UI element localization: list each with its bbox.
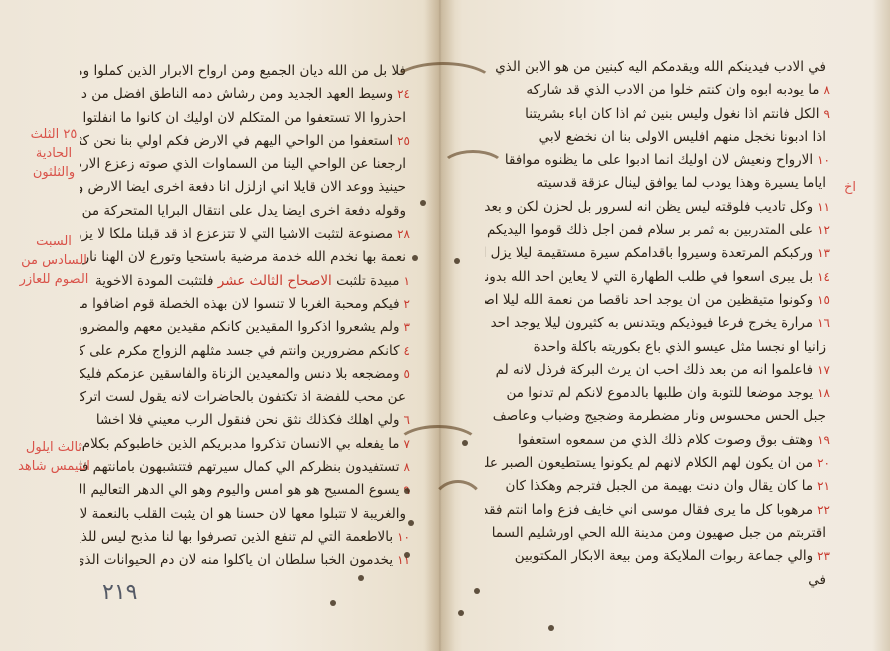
line-text: ما يودبه ابوه وان كنتم خلوا من الادب الذ… [526,82,819,98]
manuscript-line: اقتربتم من جبل صهيون ومن مدينة الله الحي… [485,522,830,545]
verse-number: ٥ [404,367,410,381]
manuscript-line: وقوله دفعة اخرى ايضا يدل على انتقال البر… [80,200,410,223]
verse-number: ١٦ [817,316,830,330]
verse-number: ٢١ [817,479,830,493]
line-text: جبل الحس محسوس ونار مضطرمة وضجيج وضباب و… [493,408,826,424]
line-text: يخدمون الخبا سلطان ان ياكلوا منه لان دم … [80,552,393,568]
left-page-text-block: فلا بل من الله ديان الجميع ومن ارواح الا… [80,60,410,573]
line-text: ومضجعه بلا دنس والمعيدين الزناة والفاسقي… [80,366,400,382]
manuscript-line: ١٧فاعلموا انه من بعد ذلك احب ان يرث البر… [485,359,830,382]
verse-number: ١١ [817,200,830,214]
right-page-text-block: في الادب فيدينكم الله ويقدمكم اليه كبنين… [485,56,830,592]
manuscript-line: حينيذ ووعد الان قايلا اني ازلزل انا دفعة… [80,176,410,199]
line-text: يوجد موضعا للتوبة وان طلبها بالدموع لانك… [506,385,813,401]
verse-number: ٢٥ [397,134,410,148]
line-text: في الادب فيدينكم الله ويقدمكم اليه كبنين… [495,59,826,75]
line-text: وكونوا متيقظين من ان يوجد احد ناقصا من ن… [485,292,813,308]
line-text: حينيذ ووعد الان قايلا اني ازلزل انا دفعة… [80,179,406,195]
verse-number: ١٠ [397,530,410,544]
wormhole [404,488,410,494]
manuscript-line: نعمة بها نخدم الله خدمة مرضية باستحيا وت… [80,246,410,269]
verse-number: ١٢ [817,223,830,237]
verse-number: ٩ [824,107,830,121]
manuscript-line: والغريبة لا تتبلوا معها لان حسنا هو ان ي… [80,503,410,526]
line-text: فاعلموا انه من بعد ذلك احب ان يرث البركة… [496,362,813,378]
manuscript-line: عن محب للفضة اذ تكتفون بالحاضرات لانه يق… [80,386,410,409]
manuscript-line: ٢٤وسيط العهد الجديد ومن رشاش دمه الناطق … [80,83,410,106]
verse-number: ٢ [404,297,410,311]
line-text: وهتف بوق وصوت كلام ذلك الذي من سمعوه است… [518,432,813,448]
verse-number: ٤ [404,344,410,358]
verse-number: ٣ [404,320,410,334]
manuscript-line: ٢٨مصنوعة لتثبت الاشيا التي لا تتزعزع اذ … [80,223,410,246]
line-text: بل يبرى اسعوا في طلب الطهارة التي لا يعا… [485,269,813,285]
verse-number: ١٩ [817,433,830,447]
line-text: احذروا الا تستعفوا من المتكلم لان اوليك … [82,110,406,126]
manuscript-line: ١٢على المتدربين به ثمر بر سلام فمن اجل ذ… [485,219,830,242]
line-text: اذا ادبونا نخجل منهم افليس الاولى بنا ان… [539,129,826,145]
manuscript-line: ٢فيكم ومحبة الغربا لا تنسوا لان بهذه الخ… [80,293,410,316]
damage-stain [440,150,506,186]
line-text: كانكم مضرورين وانتم في جسد مثلهم الزواج … [80,343,400,359]
manuscript-line: ٢٥استعفوا من الواحي اليهم في الارض فكم ا… [80,130,410,153]
margin-note-right: اخ [835,178,865,197]
verse-number: ٢٠ [817,456,830,470]
verse-number: ١٥ [817,293,830,307]
line-text: ما كان يقال وان دنت بهيمة من الجبل فترجم… [506,478,814,494]
manuscript-line: ١٥وكونوا متيقظين من ان يوجد احد ناقصا من… [485,289,830,312]
verse-number: ١٣ [817,246,830,260]
verse-number: ١٧ [817,363,830,377]
damage-stain [395,425,481,467]
manuscript-line: ٣ولم يشعروا اذكروا المقيدين كانكم مقيدين… [80,316,410,339]
manuscript-line: ٢١ما كان يقال وان دنت بهيمة من الجبل فتر… [485,475,830,498]
line-text: ارجعنا عن الواحي الينا من السماوات الذي … [80,156,406,172]
line-text: ما يفعله بي الانسان تذكروا مدبريكم الذين… [80,436,400,452]
wormhole [458,610,464,616]
verse-number: ٨ [824,83,830,97]
manuscript-line: ١٩وهتف بوق وصوت كلام ذلك الذي من سمعوه ا… [485,429,830,452]
wormhole [330,600,336,606]
manuscript-line: ٩يسوع المسيح هو هو امس واليوم وهو الي ال… [80,479,410,502]
manuscript-line: في الادب فيدينكم الله ويقدمكم اليه كبنين… [485,56,830,79]
manuscript-line: ١٦مرارة يخرج فرعا فيوذيكم ويتدنس به كثير… [485,312,830,335]
verse-number: ١٠ [817,153,830,167]
manuscript-line: ١٤بل يبرى اسعوا في طلب الطهارة التي لا ي… [485,266,830,289]
line-text: استعفوا من الواحي اليهم في الارض فكم اول… [80,133,393,149]
margin-note-upper-left: ٢٥ الثلث الحادية والثلثون [18,125,90,182]
manuscript-line: ٩الكل فانتم اذا نغول وليس بنين ثم اذا كا… [485,103,830,126]
line-text: وقوله دفعة اخرى ايضا يدل على انتقال البر… [80,203,406,219]
verse-number: ٨ [404,460,410,474]
line-text: زانيا او نجسا مثل عيسو الذي باع بكوريته … [534,339,826,355]
verse-number: ١٤ [817,270,830,284]
line-text: نعمة بها نخدم الله خدمة مرضية باستحيا وت… [83,249,406,265]
wormhole [474,588,480,594]
line-text: اياما يسيرة وهذا يودب لما يوافق لينال عز… [537,175,826,191]
line-text: ولي اهلك فكذلك نثق نحن فنقول الرب معيني … [96,412,400,428]
line-text: تستفيدون بنظركم الي كمال سيرتهم فتتشبهون… [80,459,400,475]
line-text: بالاطعمة التي لم تنفع الذين تصرفوا بها ل… [80,529,393,545]
damage-stain [430,480,486,536]
manuscript-line: اذا ادبونا نخجل منهم افليس الاولى بنا ان… [485,126,830,149]
manuscript-line: ١٣وركبكم المرتعدة وسيروا باقدامكم سيرة م… [485,242,830,265]
wormhole [358,575,364,581]
verse-number: ٢٢ [817,503,830,517]
line-text: مرهوبا كل ما يرى فقال موسى اني خايف فزع … [485,502,813,518]
line-text: وسيط العهد الجديد ومن رشاش دمه الناطق اف… [80,86,393,102]
line-text: والي جماعة ربوات الملايكة ومن بيعة الابك… [515,548,813,564]
wormhole [412,255,418,261]
manuscript-line: ٤كانكم مضرورين وانتم في جسد مثلهم الزواج… [80,340,410,363]
line-text: الارواح ونعيش لان اوليك انما ادبوا على م… [505,152,813,168]
line-text: وركبكم المرتعدة وسيروا باقدامكم سيرة مست… [485,245,813,261]
line-text: مبيدة تلثبت الاصحاح الثالث عشر فلتثبت ال… [95,273,400,289]
rubric-heading: الاصحاح الثالث عشر [218,273,332,289]
verse-number: ٦ [404,413,410,427]
line-text: من ان يكون لهم الكلام لانهم لم يكونوا يس… [485,455,813,471]
manuscript-line: ٥ومضجعه بلا دنس والمعيدين الزناة والفاسق… [80,363,410,386]
manuscript-line: ٢٢مرهوبا كل ما يرى فقال موسى اني خايف فز… [485,499,830,522]
manuscript-line: ١١وكل تاديب فلوقته ليس يظن انه لسرور بل … [485,196,830,219]
manuscript-line: فلا بل من الله ديان الجميع ومن ارواح الا… [80,60,410,83]
manuscript-line: ١٨يوجد موضعا للتوبة وان طلبها بالدموع لا… [485,382,830,405]
left-page: فلا بل من الله ديان الجميع ومن ارواح الا… [0,0,440,651]
line-text: اقتربتم من جبل صهيون ومن مدينة الله الحي… [492,525,826,541]
line-text: على المتدربين به ثمر بر سلام فمن اجل ذلك… [485,222,813,238]
manuscript-line: ٨ما يودبه ابوه وان كنتم خلوا من الادب ال… [485,79,830,102]
line-text: مصنوعة لتثبت الاشيا التي لا تتزعزع اذ قد… [80,226,393,242]
line-text: ولم يشعروا اذكروا المقيدين كانكم مقيدين … [80,319,400,335]
line-text: والغريبة لا تتبلوا معها لان حسنا هو ان ي… [80,506,406,522]
wormhole [548,625,554,631]
manuscript-line: زانيا او نجسا مثل عيسو الذي باع بكوريته … [485,336,830,359]
line-text: يسوع المسيح هو هو امس واليوم وهو الي الد… [80,482,400,498]
verse-number: ٢٨ [397,227,410,241]
line-text: فيكم ومحبة الغربا لا تنسوا لان بهذه الخص… [80,296,400,312]
manuscript-line: جبل الحس محسوس ونار مضطرمة وضجيج وضباب و… [485,405,830,428]
verse-number: ٢٣ [817,549,830,563]
margin-note-lower-left: ثالث ايلول انتيمس شاهد [18,438,90,476]
manuscript-line: ١١يخدمون الخبا سلطان ان ياكلوا منه لان د… [80,549,410,572]
line-text: في [808,572,826,588]
manuscript-line: ٢٣والي جماعة ربوات الملايكة ومن بيعة الا… [485,545,830,568]
manuscript-line: في [485,569,830,592]
manuscript-line: ٦ولي اهلك فكذلك نثق نحن فنقول الرب معيني… [80,409,410,432]
manuscript-line: ١مبيدة تلثبت الاصحاح الثالث عشر فلتثبت ا… [80,270,410,293]
verse-number: ١ [404,274,410,288]
line-text: فلا بل من الله ديان الجميع ومن ارواح الا… [80,63,406,79]
manuscript-line: ٢٠من ان يكون لهم الكلام لانهم لم يكونوا … [485,452,830,475]
manuscript-line: ٧ما يفعله بي الانسان تذكروا مدبريكم الذي… [80,433,410,456]
line-text: عن محب للفضة اذ تكتفون بالحاضرات لانه يق… [80,389,406,405]
line-text: وكل تاديب فلوقته ليس يظن انه لسرور بل لح… [485,199,813,215]
manuscript-line: ارجعنا عن الواحي الينا من السماوات الذي … [80,153,410,176]
folio-number: ٢١٩ [102,580,137,605]
verse-number: ١٨ [817,386,830,400]
manuscript-line: اياما يسيرة وهذا يودب لما يوافق لينال عز… [485,172,830,195]
manuscript-line: ١٠الارواح ونعيش لان اوليك انما ادبوا على… [485,149,830,172]
line-text: الكل فانتم اذا نغول وليس بنين ثم اذا كان… [525,106,819,122]
margin-note-middle-left: السبت السادس من الصوم للعازر [18,232,90,289]
manuscript-line: ٨تستفيدون بنظركم الي كمال سيرتهم فتتشبهو… [80,456,410,479]
manuscript-line: احذروا الا تستعفوا من المتكلم لان اوليك … [80,107,410,130]
right-page: في الادب فيدينكم الله ويقدمكم اليه كبنين… [440,0,890,651]
damage-stain [390,62,496,108]
manuscript-spread: فلا بل من الله ديان الجميع ومن ارواح الا… [0,0,890,651]
wormhole [404,552,410,558]
wormhole [408,520,414,526]
manuscript-line: ١٠بالاطعمة التي لم تنفع الذين تصرفوا بها… [80,526,410,549]
line-text: مرارة يخرج فرعا فيوذيكم ويتدنس به كثيرون… [491,315,814,331]
